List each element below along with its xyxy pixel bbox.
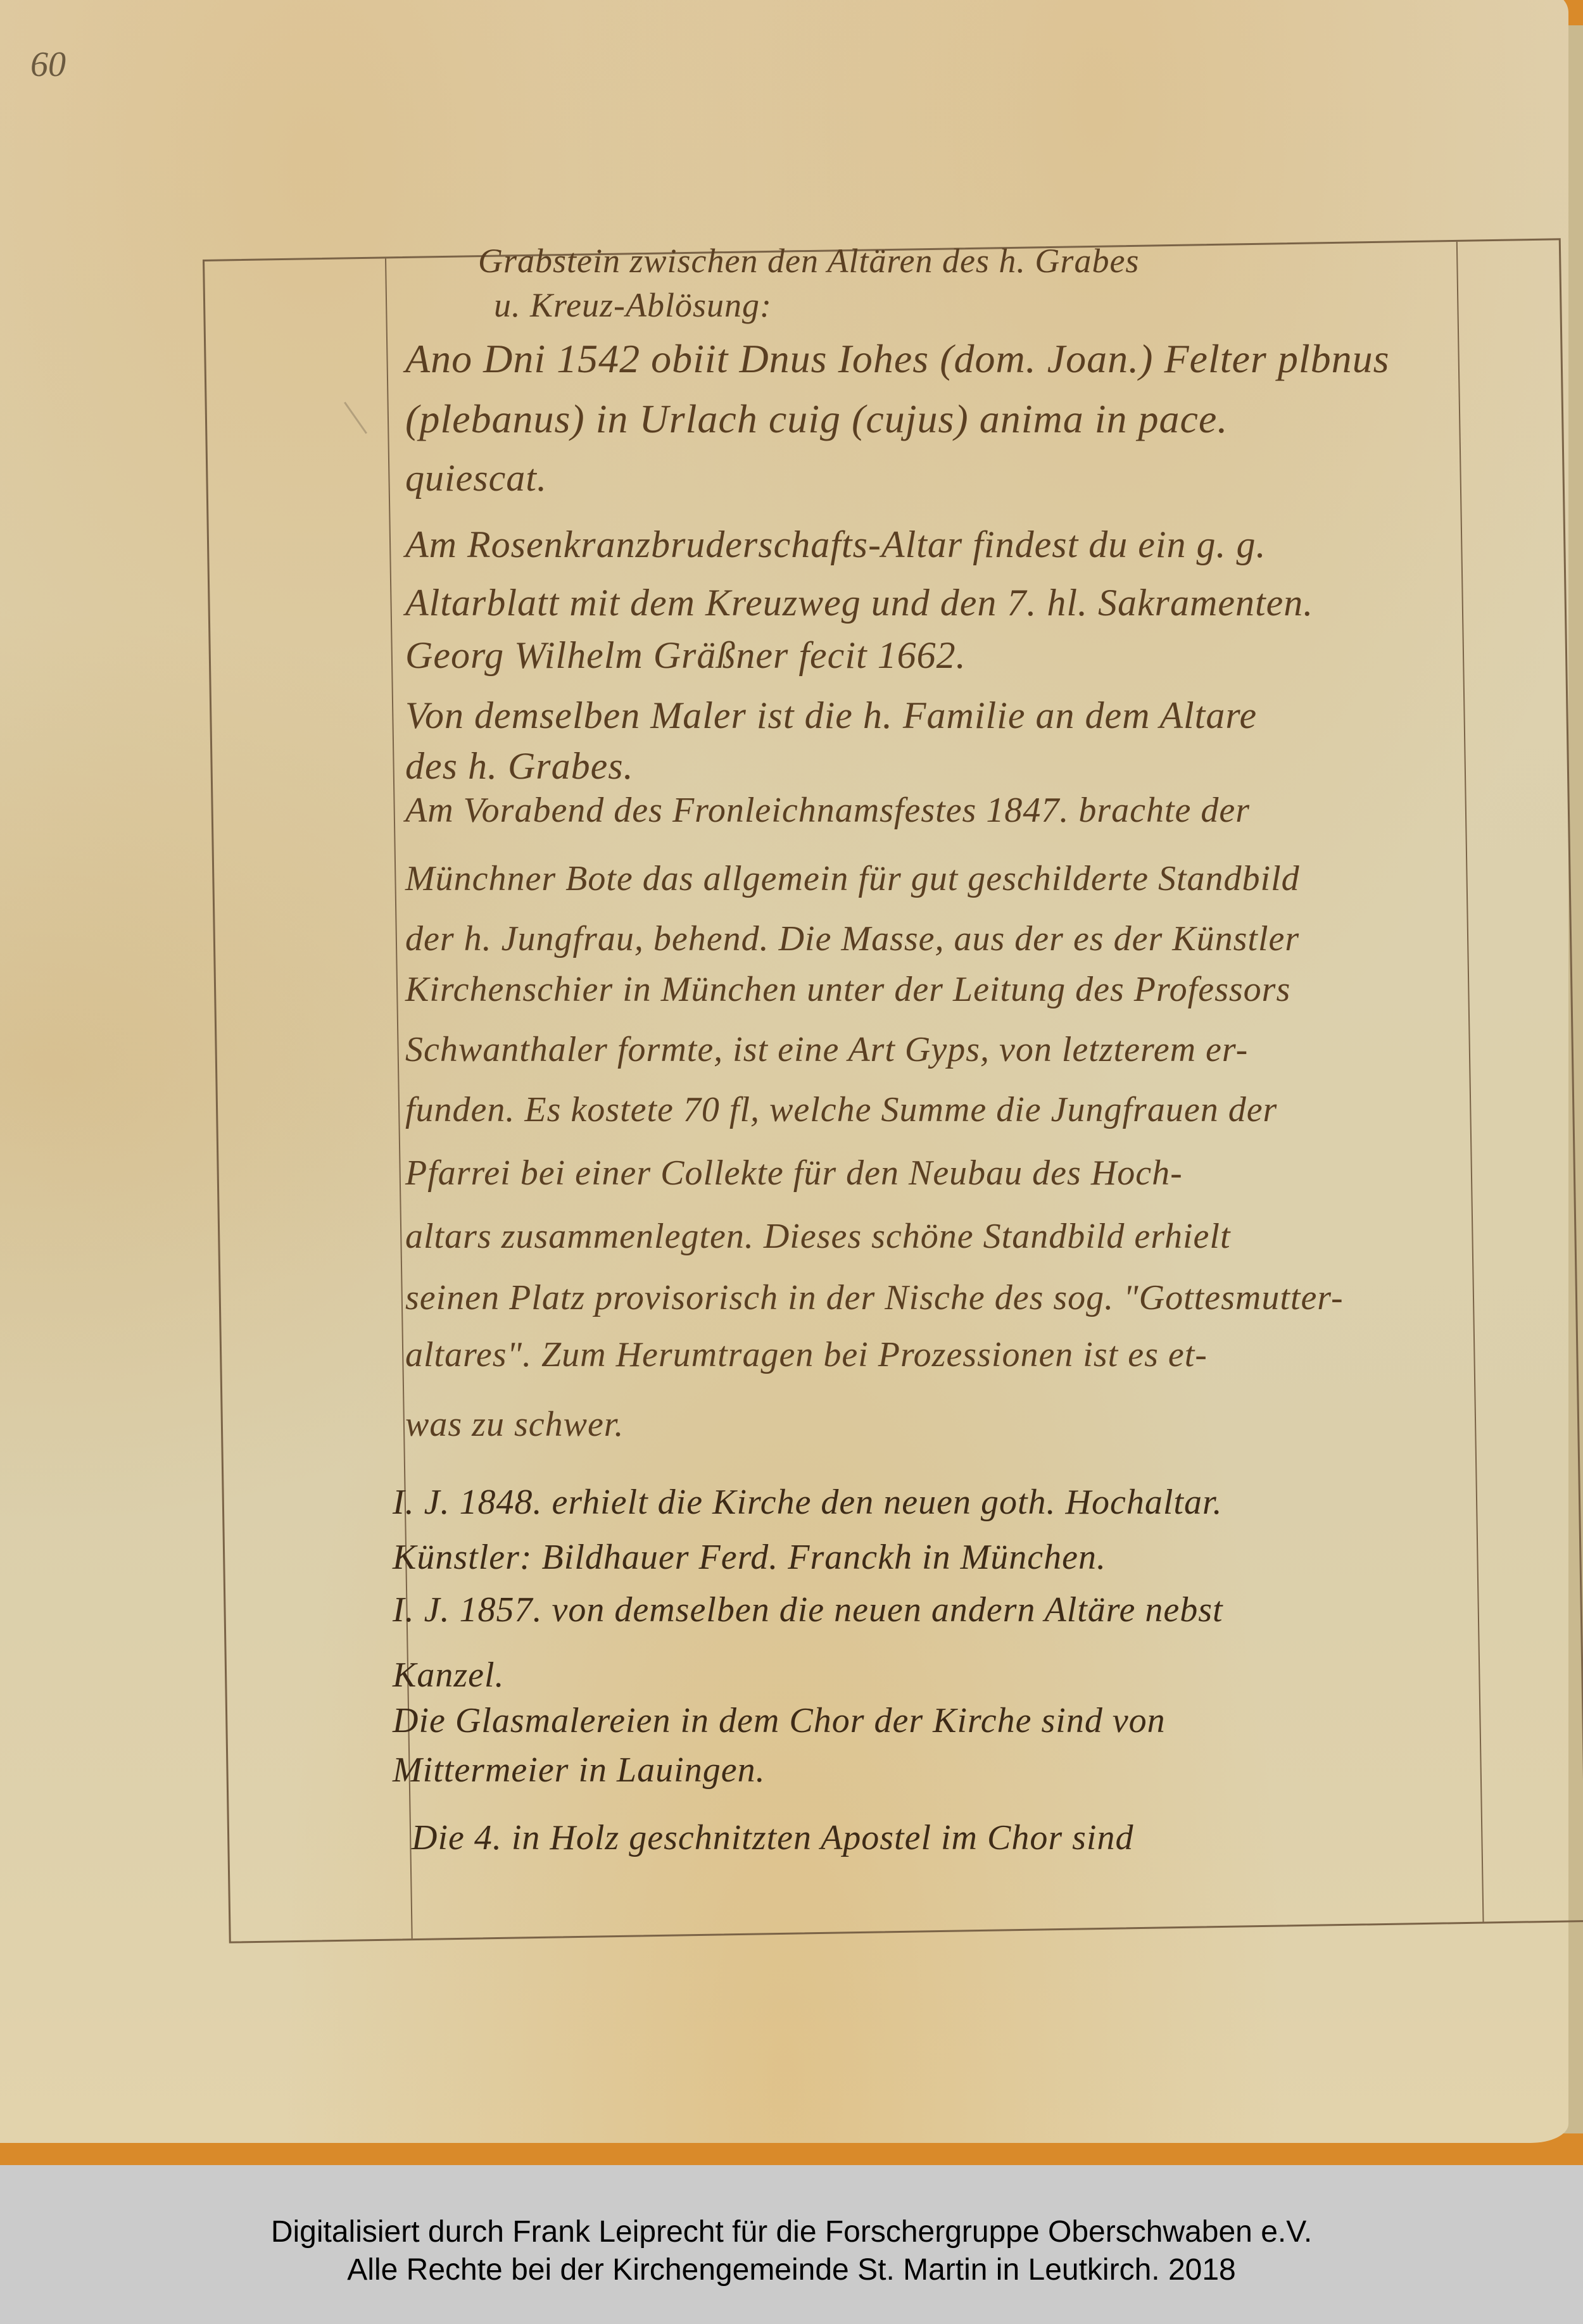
text-line: Altarblatt mit dem Kreuzweg und den 7. h… [405,584,1313,622]
heading-line-2: u. Kreuz-Ablösung: [494,288,772,322]
text-line: Am Rosenkranzbruderschafts-Altar findest… [405,525,1266,563]
text-line: Künstler: Bildhauer Ferd. Franckh in Mün… [393,1540,1106,1575]
text-line: seinen Platz provisorisch in der Nische … [405,1280,1344,1316]
footer-rights-notice: Alle Rechte bei der Kirchengemeinde St. … [0,2252,1583,2287]
text-line: (plebanus) in Urlach cuig (cujus) anima … [405,399,1228,439]
text-line: Schwanthaler formte, ist eine Art Gyps, … [405,1032,1248,1067]
text-line: Die 4. in Holz geschnitzten Apostel im C… [412,1820,1134,1856]
text-line: Georg Wilhelm Gräßner fecit 1662. [405,636,966,674]
text-line: was zu schwer. [405,1407,624,1442]
text-line: altars zusammenlegten. Dieses schöne Sta… [405,1219,1231,1254]
text-line: Die Glasmalereien in dem Chor der Kirche… [393,1703,1166,1738]
footer-digitized-credit: Digitalisiert durch Frank Leiprecht für … [0,2214,1583,2249]
text-line: Kanzel. [393,1657,505,1693]
text-line: des h. Grabes. [405,747,634,785]
text-line: altares". Zum Herumtragen bei Prozession… [405,1337,1208,1372]
text-line: funden. Es kostete 70 fl, welche Summe d… [405,1092,1277,1127]
text-line: der h. Jungfrau, behend. Die Masse, aus … [405,921,1299,957]
manuscript-page: 60 Grabstein zwischen den Altären des h.… [0,0,1568,2143]
heading-line-1: Grabstein zwischen den Altären des h. Gr… [478,244,1139,278]
text-line: Mittermeier in Lauingen. [393,1752,766,1788]
folio-number: 60 [30,44,66,85]
text-line: Am Vorabend des Fronleichnamsfestes 1847… [405,793,1250,828]
text-line: quiescat. [405,459,547,497]
text-line: Kirchenschier in München unter der Leitu… [405,972,1290,1007]
text-line: I. J. 1857. von demselben die neuen ande… [393,1592,1223,1628]
text-line: Ano Dni 1542 obiit Dnus Iohes (dom. Joan… [405,339,1390,379]
copyright-footer: Digitalisiert durch Frank Leiprecht für … [0,2165,1583,2324]
text-line: Münchner Bote das allgemein für gut gesc… [405,861,1300,896]
text-line: Pfarrei bei einer Collekte für den Neuba… [405,1155,1183,1191]
right-margin-rule [1456,242,1484,1922]
scanned-page-image: 60 Grabstein zwischen den Altären des h.… [0,0,1583,2165]
text-line: I. J. 1848. erhielt die Kirche den neuen… [393,1485,1223,1520]
text-line: Von demselben Maler ist die h. Familie a… [405,696,1257,734]
